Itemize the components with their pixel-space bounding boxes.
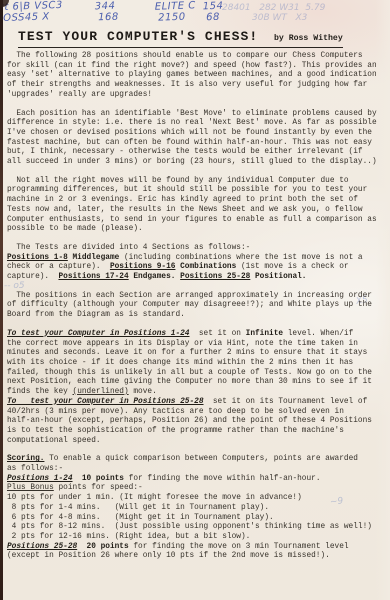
page-header: TEST YOUR COMPUTER'S CHESS! by Ross With… xyxy=(18,27,343,48)
text-line: To test your Computer in Positions 1-24 … xyxy=(7,330,390,340)
text-line: difference in style: i.e. there is no re… xyxy=(7,119,390,129)
text-line: of their strengths and weaknesses. It is… xyxy=(7,81,390,91)
text-line: 6 pts for 4-8 mins. (Might get it in Tou… xyxy=(7,514,390,524)
text-line: 40/2hrs (3 mins per move). Any tactics a… xyxy=(7,408,390,418)
document-page: rt 6|B VSC3OSS45 X344168ELITE C215015468… xyxy=(0,0,390,600)
paragraph: To test your Computer in Positions 1-24 … xyxy=(7,330,390,446)
text-line: (except in Position 26 where only 10 pts… xyxy=(7,552,390,562)
text-line: Positions 1-8 Middlegame (including comb… xyxy=(7,254,390,264)
text-line: fastest machine, but can often be found … xyxy=(7,139,390,149)
annotation-text: 344 xyxy=(95,1,119,13)
text-line: minutes and seconds. Leave it on for a f… xyxy=(7,349,390,359)
text-line: Each position has an identifiable 'Best … xyxy=(7,110,390,120)
annotation-text: ELITE C xyxy=(155,0,196,12)
text-line: with its choice - if it does change its … xyxy=(7,359,390,369)
text-line: failed, though this is unlikely in all b… xyxy=(7,369,390,379)
text-line: possible to be made (please). xyxy=(7,225,390,235)
text-line: finds the key (underlined) move. xyxy=(7,388,390,398)
text-line: 10 pts for under 1 min. (It might forese… xyxy=(7,494,390,504)
text-line: but, I think, necessary - otherwise the … xyxy=(7,148,390,158)
text-line: To test your Computer in Positions 25-28… xyxy=(7,398,390,408)
text-line: next Position, each time giving the Comp… xyxy=(7,378,390,388)
text-line: of difficulty (although your Computer ma… xyxy=(7,301,390,311)
text-line: Not all the right moves will be found by… xyxy=(7,177,390,187)
text-line: capture). Positions 17-24 Endgames. Posi… xyxy=(7,273,390,283)
text-line: 'upgrades' really are upgrades! xyxy=(7,91,390,101)
annotation-text: 2150 xyxy=(155,11,196,23)
text-line: Tests now and, later, the results in the… xyxy=(7,206,390,216)
paragraph: Not all the right moves will be found by… xyxy=(7,177,390,235)
byline: by Ross Withey xyxy=(274,34,343,43)
annotation-group: ELITE C2150 xyxy=(155,0,197,23)
annotation-text: 154 xyxy=(203,1,224,13)
text-line: 2 pts for 12-16 mins. (Right idea, but a… xyxy=(7,533,390,543)
annotation-group: 344168 xyxy=(95,1,119,24)
handwritten-annotations: rt 6|B VSC3OSS45 X344168ELITE C215015468 xyxy=(0,0,390,27)
text-line: 4 pts for 8-12 mins. (Just possible usin… xyxy=(7,523,390,533)
text-line: as follows:- xyxy=(7,465,390,475)
text-line: the correct move appears in its Display … xyxy=(7,340,390,350)
text-line: The Tests are divided into 4 Sections as… xyxy=(7,244,390,254)
annotation-group: 15468 xyxy=(203,1,224,24)
page-title: TEST YOUR COMPUTER'S CHESS! xyxy=(18,29,258,44)
text-line: Positions 25-28 20 points for finding th… xyxy=(7,543,390,553)
text-line: half-an-hour (except, perhaps, Position … xyxy=(7,417,390,427)
text-line: computational speed. xyxy=(7,437,390,447)
paragraph: Each position has an identifiable 'Best … xyxy=(7,110,390,168)
annotation-text: OSS45 X xyxy=(0,11,63,24)
text-line: for skill (can it find the right move?) … xyxy=(7,62,390,72)
text-line: easy 'set' alternative to playing games … xyxy=(7,71,390,81)
annotation-text: 168 xyxy=(95,12,119,24)
title-underline: TEST YOUR COMPUTER'S CHESS! by Ross With… xyxy=(18,27,343,48)
text-line: Board from the Diagram as is standard. xyxy=(7,311,390,321)
scanner-edge-shadow xyxy=(0,0,3,600)
paragraph: Scoring. To enable a quick comparison be… xyxy=(7,455,390,562)
text-line: all succeed in under 3 mins) or boring (… xyxy=(7,158,390,168)
text-line: The positions in each Section are arrang… xyxy=(7,292,390,302)
text-line: I've chosen or devised positions which w… xyxy=(7,129,390,139)
text-line: Plus Bonus points for speed:- xyxy=(7,484,390,494)
annotation-text: 68 xyxy=(203,12,224,24)
paragraph: The Tests are divided into 4 Sections as… xyxy=(7,244,390,283)
text-line: The following 28 positions should enable… xyxy=(7,52,390,62)
text-line: is to test the sophistication of the pro… xyxy=(7,427,390,437)
text-line: Positions 1-24 10 points for finding the… xyxy=(7,475,390,485)
text-line: check or a capture). Positions 9-16 Comb… xyxy=(7,263,390,273)
text-line: machine in 2 or 3 evenings. Eric has kin… xyxy=(7,196,390,206)
text-line: 8 pts for 1-4 mins. (Will get it in Tour… xyxy=(7,504,390,514)
text-line: programming differences, but it should s… xyxy=(7,186,390,196)
paragraph: The following 28 positions should enable… xyxy=(7,52,390,101)
document-body-text: The following 28 positions should enable… xyxy=(7,52,390,571)
annotation-group: rt 6|B VSC3OSS45 X xyxy=(0,0,63,24)
text-line: Scoring. To enable a quick comparison be… xyxy=(7,455,390,465)
text-line: Computer enthusiasts, to send in your fi… xyxy=(7,216,390,226)
paragraph: The positions in each Section are arrang… xyxy=(7,292,390,321)
